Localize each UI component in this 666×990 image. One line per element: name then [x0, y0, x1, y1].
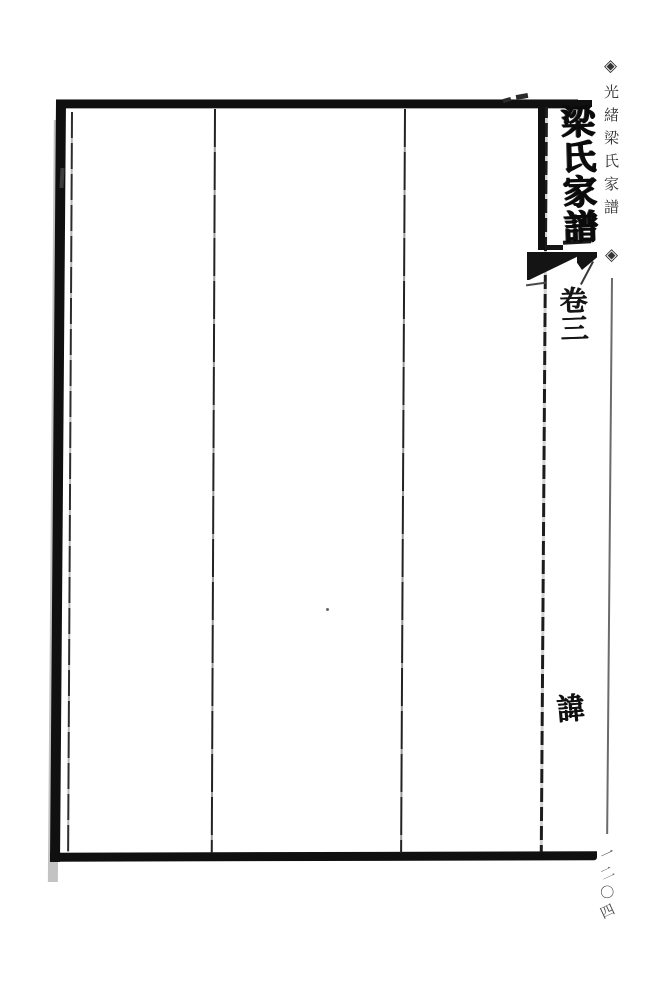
volume-label: 卷三 [550, 285, 588, 358]
partial-character: 諱 [555, 683, 590, 728]
book-title: 梁氏家譜 [547, 103, 595, 250]
title-box-left-bar [538, 100, 545, 250]
ink-speck [516, 93, 529, 100]
diamond-ornament-bottom-icon: ◈ [605, 247, 618, 264]
fold-rule [606, 278, 613, 834]
scanned-page: 梁氏家譜 卷三 諱 ◈ 光緒梁氏家譜 ◈ 一 二 〇 四 [0, 0, 666, 990]
ink-speck [326, 608, 329, 611]
page-number: 一 二 〇 四 [594, 846, 622, 922]
frame-inner-margin-line [67, 112, 73, 852]
frame-top-border [56, 100, 578, 108]
column-divider-1 [211, 109, 216, 853]
diamond-ornament-top-icon: ◈ [604, 58, 617, 75]
frame-left-border [50, 100, 66, 862]
edition-title: 光緒梁氏家譜 [603, 84, 618, 246]
ink-blot-left [527, 252, 581, 280]
column-divider-2 [400, 109, 406, 853]
frame-bottom-border [50, 851, 597, 861]
